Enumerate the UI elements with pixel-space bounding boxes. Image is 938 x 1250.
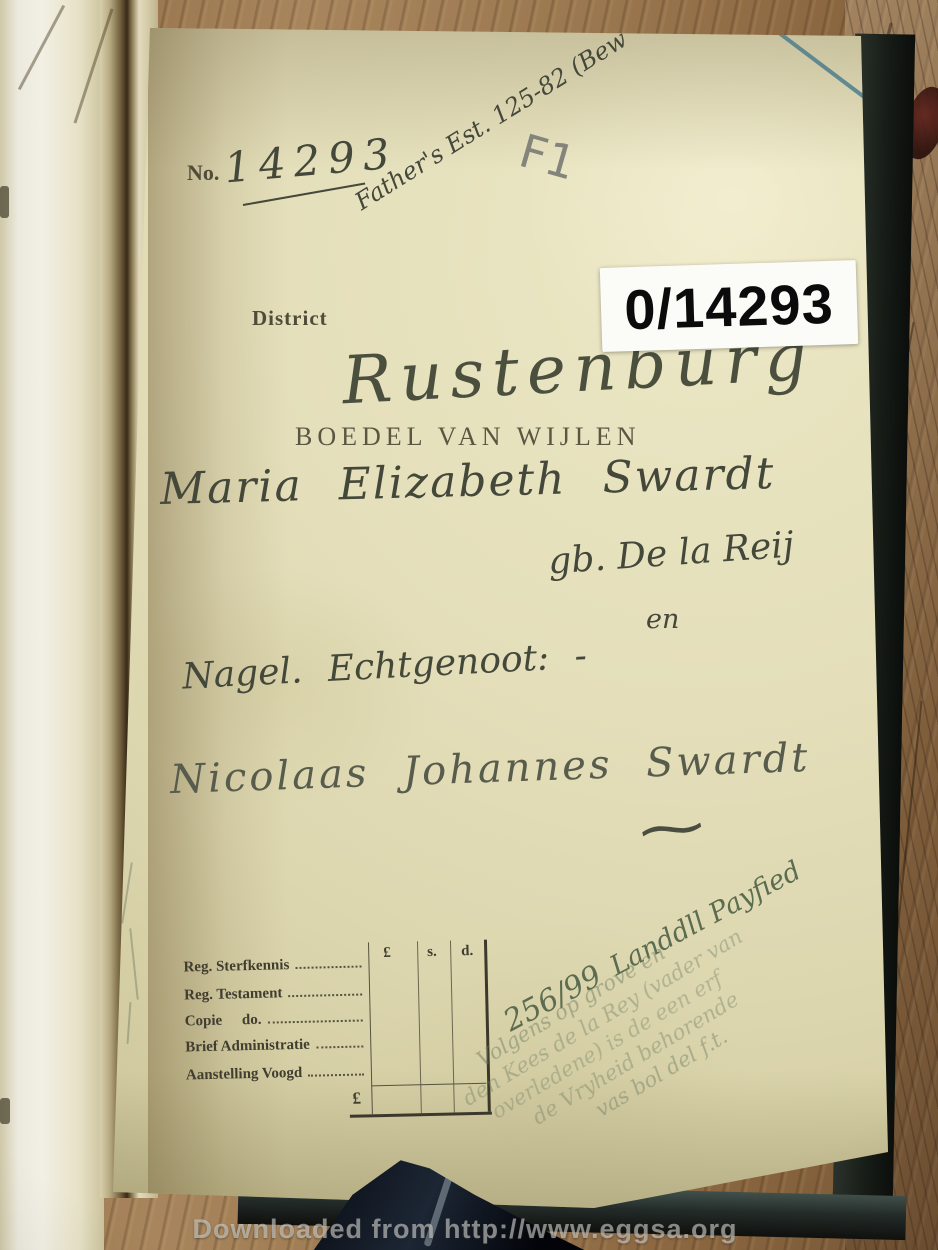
- fee-row-label: Brief Administratie: [185, 1037, 310, 1057]
- fee-total-symbol: £: [352, 1089, 361, 1109]
- dotted-leader: [295, 965, 361, 970]
- fee-col-header-d: d.: [461, 943, 473, 960]
- fee-row-label: Aanstelling Voogd: [186, 1065, 303, 1085]
- pen-squiggle: ~: [624, 793, 718, 864]
- no-label: No.: [187, 160, 219, 186]
- fee-row-label: Reg. Testament: [184, 985, 283, 1004]
- fee-row: Brief Administratie: [185, 1035, 363, 1056]
- edge-mark: [0, 186, 9, 218]
- fee-row: Reg. Testament: [184, 984, 362, 1005]
- dotted-leader: [288, 992, 362, 997]
- fee-row: Reg. Sterfkennis: [183, 956, 361, 977]
- dotted-leader: [268, 1018, 363, 1023]
- fee-col-header-pound: £: [383, 945, 391, 962]
- fee-row: Copie do.: [185, 1009, 363, 1030]
- watermark: Downloaded from http://www.eggsa.org: [0, 1214, 930, 1245]
- reference-sticker: 0/14293: [600, 260, 859, 352]
- heading: BOEDEL VAN WIJLEN: [295, 422, 640, 452]
- fee-row-label: Copie do.: [185, 1012, 262, 1031]
- edge-mark: [0, 1098, 10, 1124]
- fee-row-label: Reg. Sterfkennis: [183, 957, 289, 976]
- dotted-leader: [316, 1044, 363, 1048]
- conjunction-en: en: [646, 604, 679, 635]
- fee-row: Aanstelling Voogd: [186, 1063, 364, 1084]
- fee-table: Reg. Sterfkennis Reg. Testament Copie do…: [181, 930, 500, 1132]
- dotted-leader: [308, 1072, 364, 1076]
- reference-number: 0/14293: [623, 270, 834, 342]
- left-paper-roll: [0, 0, 104, 1250]
- photo-canvas: No. 14293 Father's Est. 125-82 (Bew F1 0…: [0, 0, 938, 1250]
- maiden-name-note: gb. De la Reij: [547, 524, 795, 582]
- fee-col-header-s: s.: [427, 944, 437, 961]
- fee-grid-divider: [417, 941, 422, 1113]
- district-label: District: [252, 306, 328, 331]
